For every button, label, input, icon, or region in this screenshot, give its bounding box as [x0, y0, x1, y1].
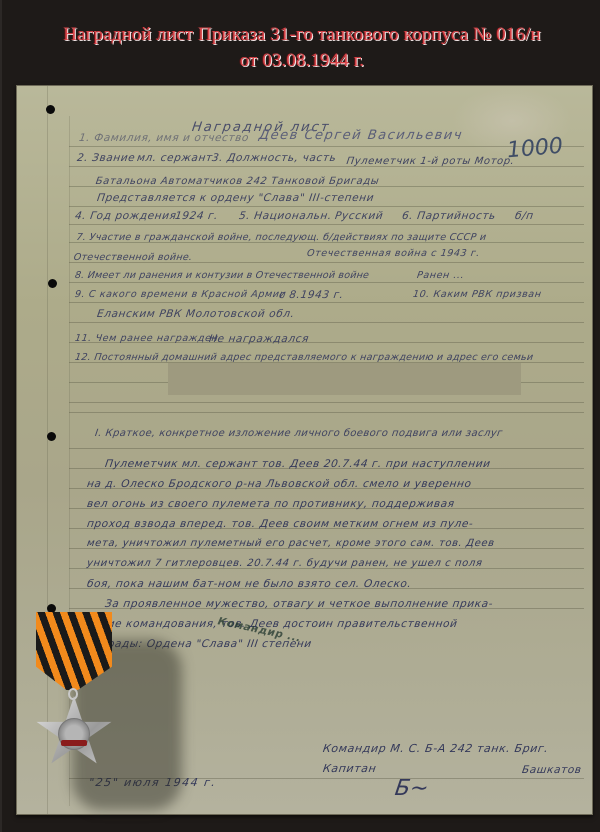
field-value-8: Ранен ... — [416, 270, 465, 281]
page-frame: Наградной лист Приказа 31-го танкового к… — [0, 0, 600, 832]
ruled-line — [69, 282, 584, 283]
signature-scribble: Б~ — [393, 776, 430, 801]
ruled-line — [69, 412, 584, 413]
medal-red-band — [61, 740, 87, 746]
narrative-line: За проявленное мужество, отвагу и четкое… — [104, 598, 494, 610]
field-label-9: 9. С какого времени в Красной Армии — [74, 289, 287, 300]
section-heading: I. Краткое, конкретное изложение личного… — [94, 428, 503, 439]
ruled-line — [69, 322, 584, 323]
medal-ring — [68, 688, 78, 700]
field-value-6: б/п — [514, 210, 534, 222]
narrative-line: уничтожил 7 гитлеровцев. 20.7.44 г. буду… — [86, 558, 483, 569]
narrative-line: на д. Олеско Бродского р-на Львовской об… — [86, 478, 472, 490]
title-line-2: от 03.08.1944 г. — [2, 48, 600, 74]
ruled-line — [69, 224, 584, 225]
field-value-7: Отечественная война с 1943 г. — [306, 248, 481, 259]
punch-hole-icon — [47, 432, 56, 441]
signer-name: Башкатов — [521, 764, 582, 776]
signature-line-1: Командир М. С. Б-А 242 танк. Бриг. — [322, 742, 549, 755]
narrative-line: мета, уничтожил пулеметный его расчет, к… — [86, 538, 495, 549]
field-value-3: Пулеметчик 1-й роты Мотор. Батальона Авт… — [94, 152, 570, 192]
field-value-9: с 8.1943 г. — [278, 289, 344, 301]
field-label-11: 11. Чем ранее награжден — [74, 333, 219, 344]
field-value-4: 1924 г. — [174, 210, 219, 222]
field-label-10: 10. Каким РВК призван — [412, 289, 542, 300]
punch-hole-icon — [46, 105, 55, 114]
field-value-10: Еланским РВК Молотовской обл. — [96, 308, 295, 320]
narrative-line: Пулеметчик мл. сержант тов. Деев 20.7.44… — [104, 458, 491, 470]
field-label-1: 1. Фамилия, имя и отчество — [78, 132, 250, 144]
field-label-8: 8. Имеет ли ранения и контузии в Отечест… — [74, 270, 370, 281]
narrative-line: проход взвода вперед. тов. Деев своим ме… — [86, 518, 474, 530]
field-label-5: 5. Национальн. — [238, 210, 333, 222]
narrative-line: вел огонь из своего пулемета по противни… — [86, 498, 455, 510]
page-title: Наградной лист Приказа 31-го танкового к… — [2, 22, 600, 74]
ruled-line — [69, 448, 584, 449]
order-of-glory-medal-image — [32, 612, 117, 762]
ruled-line — [69, 302, 584, 303]
ruled-line — [69, 206, 584, 207]
field-label-6: 6. Партийность — [401, 210, 497, 222]
narrative-line: боя, пока нашим бат-ном не было взято се… — [86, 578, 412, 590]
ruled-line — [69, 402, 584, 403]
redacted-address — [168, 363, 521, 395]
field-value-11: Не награждался — [208, 333, 310, 345]
field-value-award: Представляется к ордену "Слава" III-степ… — [96, 192, 375, 204]
field-label-4: 4. Год рождения — [74, 210, 177, 222]
title-line-1: Наградной лист Приказа 31-го танкового к… — [2, 22, 600, 48]
signature-line-2: Капитан — [322, 762, 377, 775]
field-value-5: Русский — [334, 210, 384, 222]
punch-hole-icon — [48, 279, 57, 288]
st-george-ribbon-icon — [36, 612, 112, 690]
field-value-1: Деев Сергей Васильевич — [258, 128, 464, 143]
